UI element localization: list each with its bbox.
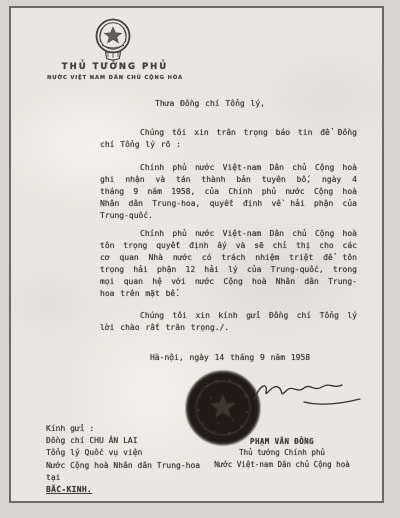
recipient-line: Đồng chí CHU ÂN LAI <box>46 435 200 447</box>
photographed-letter: { "colors": { "paper": "#e9e7e2", "backd… <box>0 0 400 518</box>
recipient-block: Kính gửi : Đồng chí CHU ÂN LAI Tổng lý Q… <box>46 423 200 496</box>
body-line: ghi nhận và tán thành bản tuyên bố, ngày… <box>100 174 357 186</box>
body-line: Trung-quốc. <box>100 210 357 222</box>
body-line: tháng 9 năm 1958, của Chính phủ nước Cộn… <box>100 186 357 198</box>
body-line: trọng hải phận 12 hải lý của Trung-quốc,… <box>100 264 357 276</box>
body-line: lời chào rất trân trọng./. <box>100 322 357 334</box>
paragraph-intro: Chúng tôi xin trân trọng báo tin để Đồng… <box>100 127 357 151</box>
body-line: cơ quan Nhà nước có trách nhiệm triệt để… <box>100 252 357 264</box>
paragraph-closing: Chúng tôi xin kính gửi Đồng chí Tổng lý … <box>100 310 357 334</box>
body-line: Chính phủ nước Việt-nam Dân chủ Cộng hoà <box>100 228 357 240</box>
body-line: tôn trọng quyết định ấy và sẽ chỉ thị ch… <box>100 240 357 252</box>
handwritten-signature-icon <box>248 374 366 410</box>
recipient-line: tại <box>46 472 200 484</box>
paragraph-respect: Chính phủ nước Việt-nam Dân chủ Cộng hoà… <box>100 228 357 300</box>
paragraph-acknowledgement: Chính phủ nước Việt-nam Dân chủ Cộng hoà… <box>100 162 357 222</box>
recipient-line: Kính gửi : <box>46 423 200 435</box>
country-line: NƯỚC VIỆT NAM DÂN CHỦ CỘNG HÒA <box>36 75 194 81</box>
recipient-line: Tổng lý Quốc vụ viện <box>46 447 200 459</box>
recipient-city: BẮC-KINH. <box>46 484 200 496</box>
letter-content: THỦ TƯỚNG PHỦ NƯỚC VIỆT NAM DÂN CHỦ CỘNG… <box>0 0 400 518</box>
body-line: mọi quan hệ với nước Cộng hoà Nhân dân T… <box>100 276 357 288</box>
dateline: Hà-nội, ngày 14 tháng 9 năm 1958 <box>150 352 310 364</box>
signer-role: Thủ tướng Chính phủ <box>212 447 352 458</box>
body-line: chí Tổng lý rõ : <box>100 139 357 151</box>
signer-name: PHẠM VĂN ĐỒNG <box>212 436 352 447</box>
body-line: Nhân dân Trung-hoa, quyết định về hải ph… <box>100 198 357 210</box>
signer-state: Nước Việt-nam Dân chủ Cộng hoà <box>212 459 352 470</box>
body-line: Chúng tôi xin trân trọng báo tin để Đồng <box>100 127 357 139</box>
body-line: Chúng tôi xin kính gửi Đồng chí Tổng lý <box>100 310 357 322</box>
body-line: Chính phủ nước Việt-nam Dân chủ Cộng hoà <box>100 162 357 174</box>
signer-block: PHẠM VĂN ĐỒNG Thủ tướng Chính phủ Nước V… <box>212 436 352 470</box>
vietnam-national-emblem-icon <box>91 16 135 63</box>
office-title: THỦ TƯỚNG PHỦ <box>58 62 172 72</box>
recipient-line: Nước Cộng hoà Nhân dân Trung-hoa <box>46 460 200 472</box>
body-line: hoa trên mặt bể. <box>100 288 357 300</box>
salutation: Thưa Đồng chí Tổng lý, <box>155 98 265 110</box>
